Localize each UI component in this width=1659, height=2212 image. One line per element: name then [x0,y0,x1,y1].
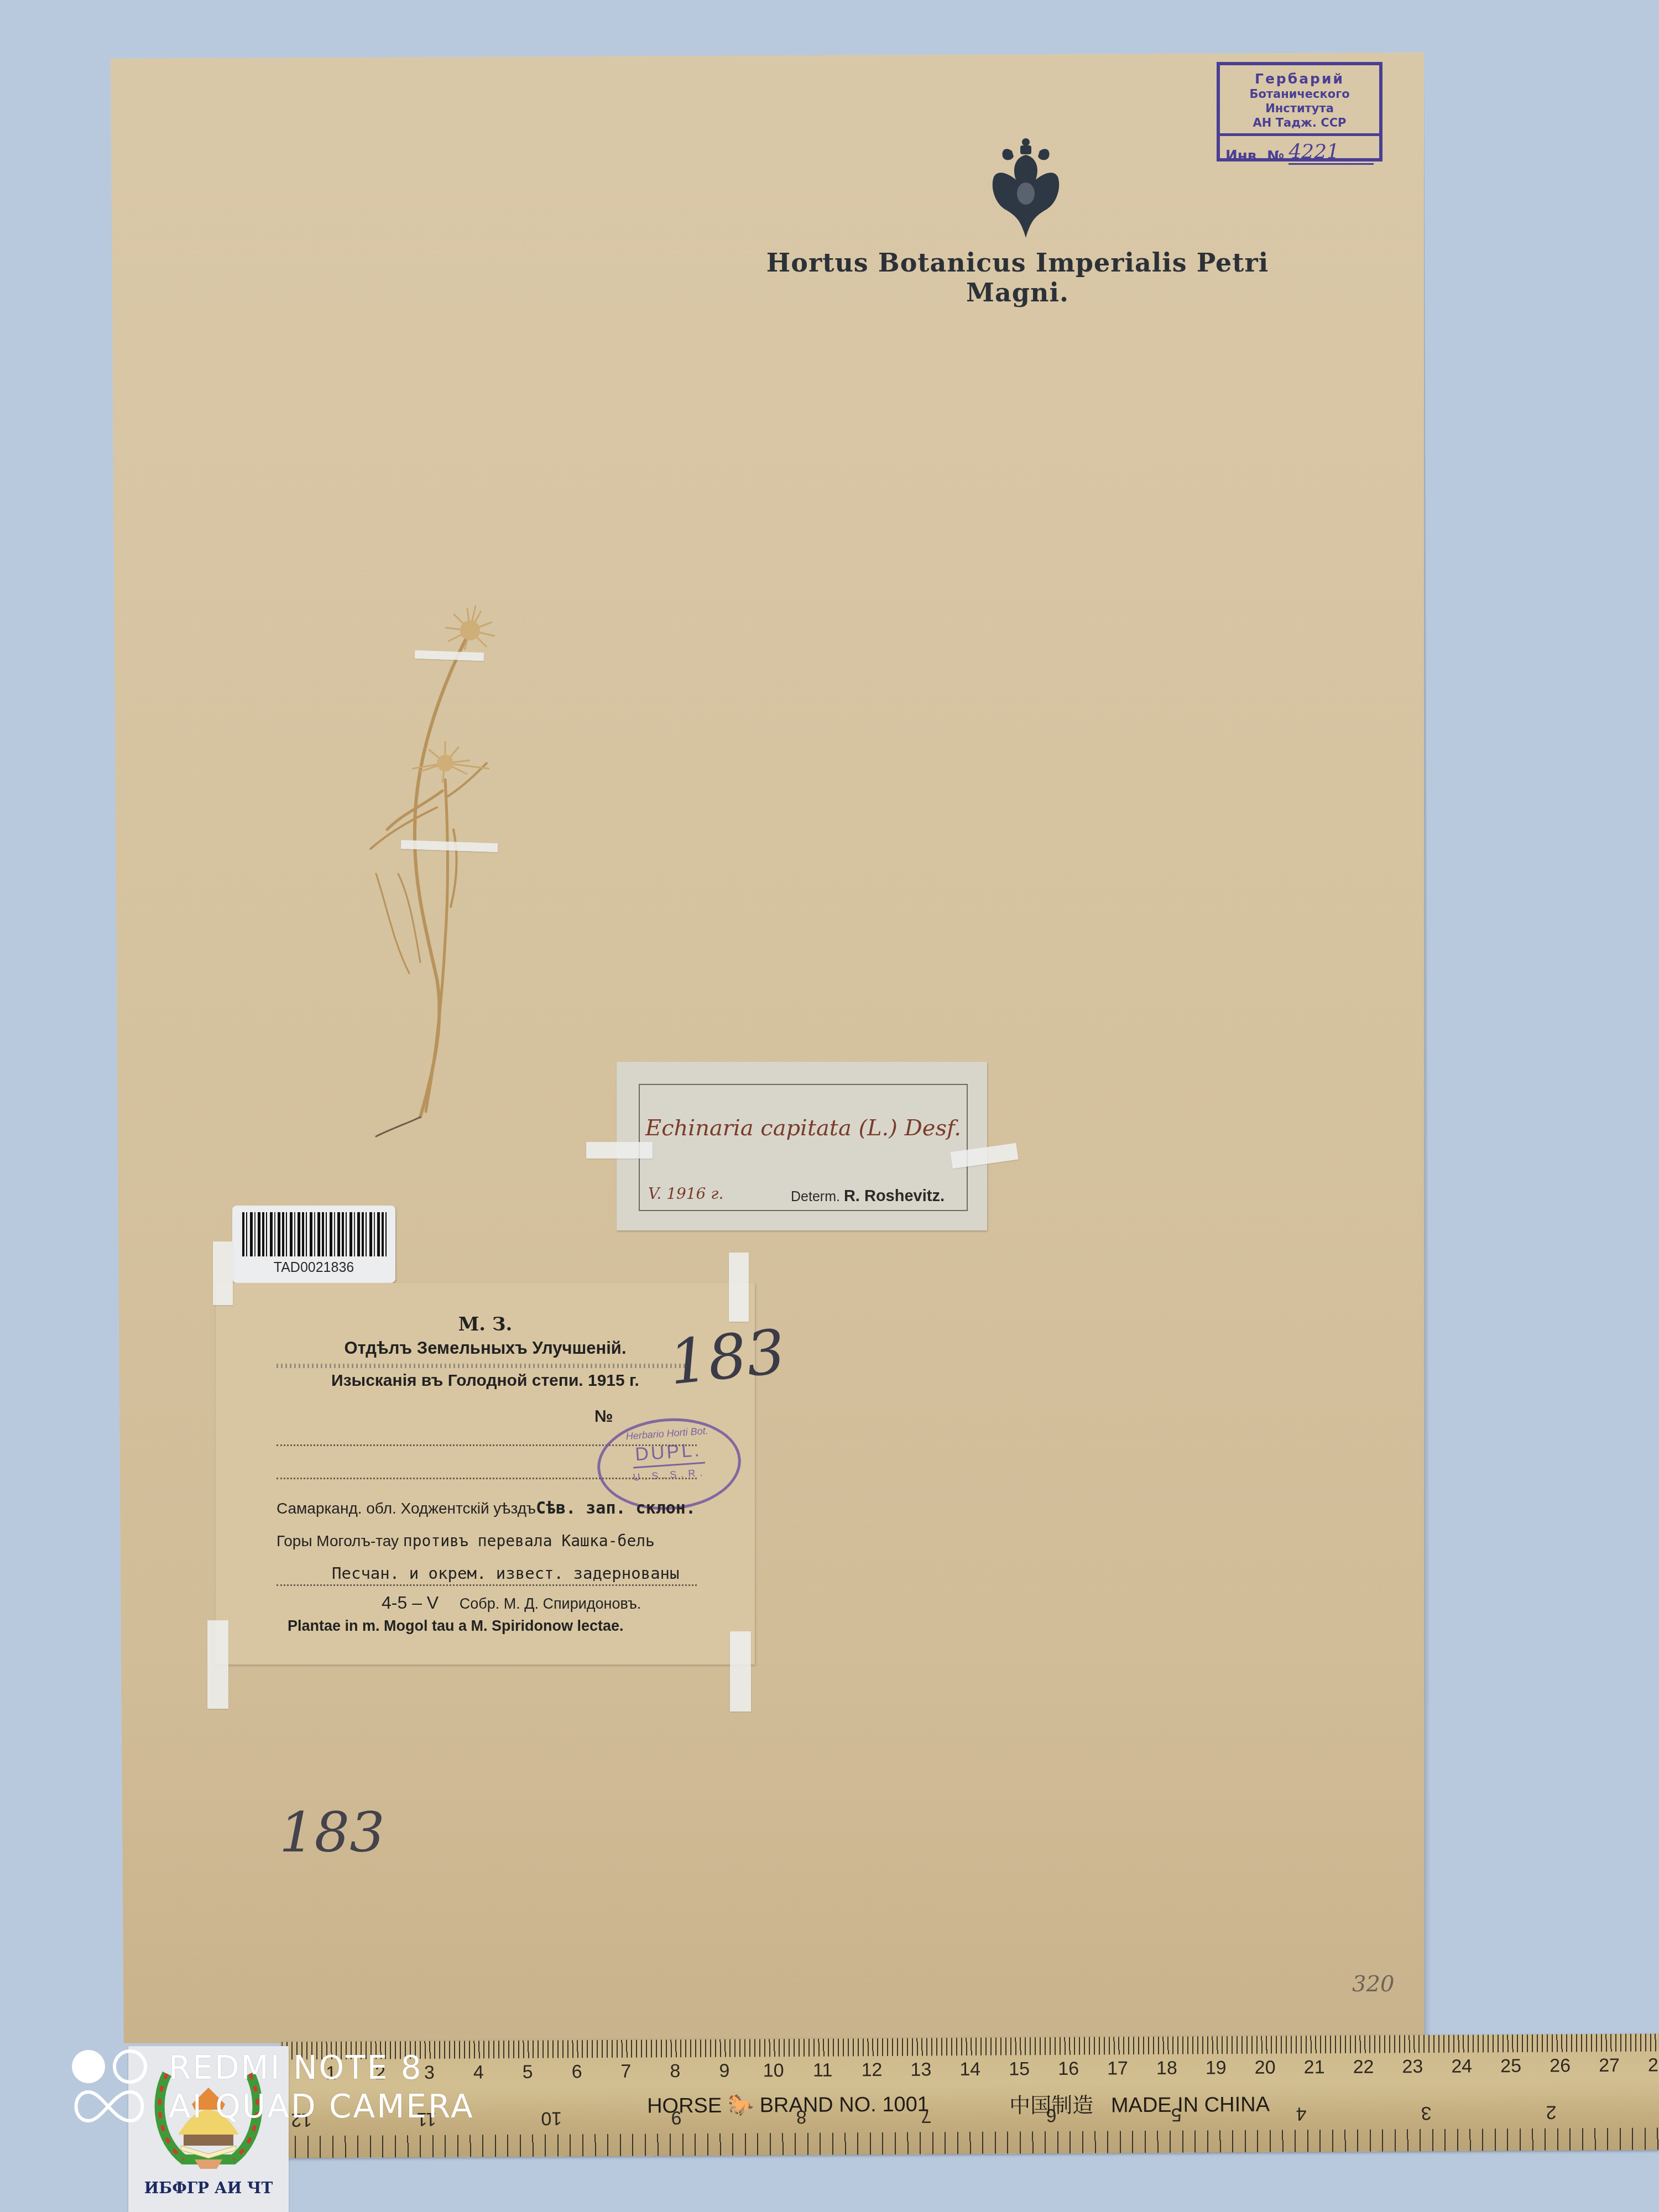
ruler-cm-mark: 11 [813,2060,833,2081]
institution-title: Hortus Botanicus Imperialis Petri Magni. [730,248,1305,307]
determination-label: Echinaria capitata (L.) Desf. V. 1916 г.… [617,1062,987,1230]
watermark-model: REDMI NOTE 8 [169,2049,423,2086]
ruler-cm-mark: 12 [861,2059,882,2081]
barcode-number: TAD0021836 [232,1260,395,1276]
stamp-line-2: Ботанического Института [1220,87,1379,116]
barcode-label: TAD0021836 [232,1206,395,1283]
determ-name: R. Roshevitz. [844,1187,945,1205]
measuring-ruler: 0123456789101112131415161718192021222324… [281,2033,1659,2158]
locality-line-1: Самарканд. обл. Ходжентскій уѣздъСѣв. за… [276,1499,696,1518]
watermark-camera: AI QUAD CAMERA [169,2088,474,2125]
mounting-tape [586,1142,653,1159]
taxon-name: Echinaria capitata (L.) Desf. [645,1115,972,1141]
ruler-inch-mark: 3 [1421,2102,1432,2124]
collector-line: 4-5 – V Собр. М. Д. Спиридоновъ. [382,1593,641,1613]
ruler-cm-mark: 22 [1353,2057,1374,2078]
ruler-inch-mark: 4 [1296,2103,1307,2124]
ruler-cm-mark: 6 [572,2061,582,2083]
ruler-cm-mark: 10 [763,2060,784,2081]
mounting-tape [730,1631,751,1712]
collection-label: М. З. Отдѣлъ Земельныхъ Улучшеній. Изыск… [216,1283,755,1665]
mounting-tape [729,1253,749,1322]
number-label: № [594,1407,613,1426]
ruler-cm-mark: 8 [670,2060,680,2082]
ruler-brand: HORSE 🐎 BRAND NO. 1001 [647,2092,929,2118]
handwritten-collection-number: 183 [666,1316,789,1398]
ruler-cm-mark: 19 [1206,2057,1227,2079]
ruler-inch-mark: 2 [1546,2101,1557,2123]
inventory-stamp: Гербарий Ботанического Института АН Тадж… [1217,62,1383,161]
habitat-line: Песчан. и окрем. извест. задернованы [332,1564,680,1583]
inventory-label: Инв. № [1225,148,1284,165]
herbarium-sheet [111,53,1424,2043]
ruler-cm-mark: 9 [719,2060,729,2082]
latin-collector-line: Plantae in m. Mogol tau a M. Spiridonow … [288,1618,624,1635]
barcode-icon [242,1212,388,1256]
ruler-cm-mark: 21 [1304,2057,1325,2078]
ruler-cm-mark: 23 [1402,2056,1423,2078]
double-headed-eagle-icon [982,135,1070,241]
ruler-cm-mark: 3 [424,2062,435,2084]
ruler-cm-mark: 24 [1451,2056,1472,2077]
ruler-cm-mark: 17 [1107,2058,1128,2079]
institute-name: ИБФГР АИ ЧТ [128,2179,289,2197]
ruler-cm-mark: 26 [1550,2055,1571,2077]
horse-icon: 🐎 [728,2094,754,2117]
ruler-cm-mark: 18 [1156,2058,1177,2079]
ruler-inch-mark: 10 [541,2107,562,2129]
ruler-cm-mark: 20 [1255,2057,1276,2079]
handwritten-sheet-number: 183 [279,1800,385,1865]
determiner: Determ. R. Roshevitz. [791,1187,945,1206]
determ-prefix: Determ. [791,1189,840,1204]
determination-date: V. 1916 г. [648,1185,723,1203]
ruler-cm-mark: 16 [1058,2058,1079,2080]
stamp-line-3: АН Тадж. ССР [1220,116,1379,130]
ruler-cm-mark: 28 [1648,2054,1659,2076]
plant-specimen [354,597,542,1150]
mounting-tape [213,1241,233,1305]
ruler-cm-mark: 15 [1009,2058,1030,2080]
collection-date: 4-5 – V [382,1593,439,1613]
stamp-line-1: Гербарий [1220,71,1379,87]
ruler-cm-mark: 7 [620,2061,631,2083]
ruler-cm-mark: 14 [959,2059,980,2080]
ruler-cm-mark: 4 [473,2062,484,2083]
ruler-cm-mark: 5 [523,2062,533,2083]
ruler-origin: 中国制造 MADE IN CHINA [1009,2087,1270,2119]
locality-line-2: Горы Моголъ-тау противъ перевала Кашка-б… [276,1532,655,1550]
ruler-cm-mark: 13 [910,2059,931,2080]
mounting-tape [207,1620,228,1709]
ruler-cm-mark: 27 [1599,2055,1620,2077]
ruler-cm-mark: 25 [1500,2056,1521,2077]
collector-name: Собр. М. Д. Спиридоновъ. [460,1595,641,1612]
handwritten-corner-number: 320 [1352,1971,1394,1997]
inventory-number: 4221 [1288,140,1374,165]
quad-camera-icon [69,2049,152,2126]
